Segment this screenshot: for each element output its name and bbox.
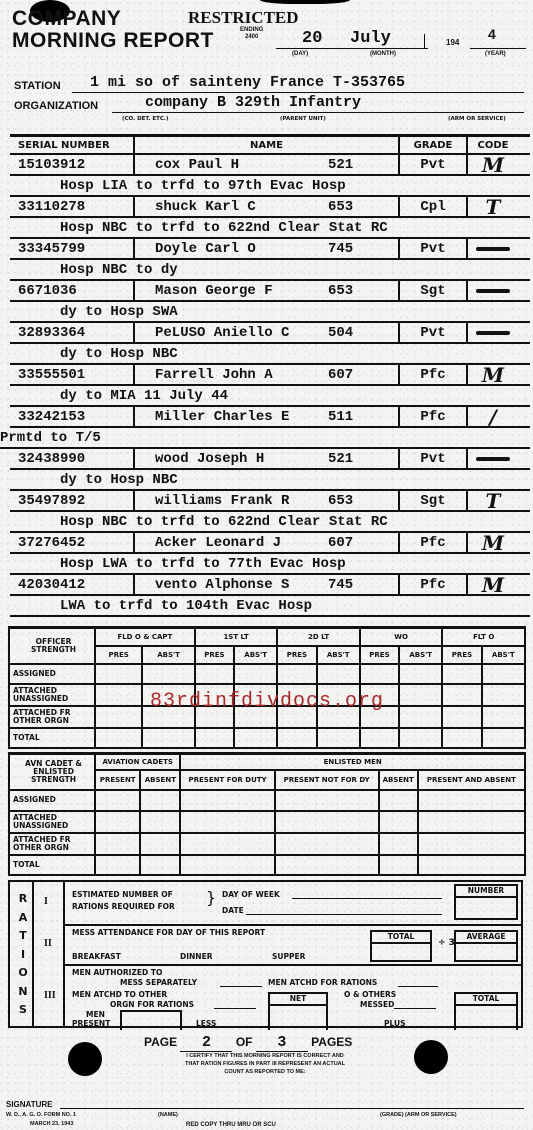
mess-total-box[interactable]: TOTAL <box>370 930 432 962</box>
serial-number: 33110278 <box>10 197 135 216</box>
officer-row-label: ATTACHED FR OTHER ORGN <box>9 706 95 728</box>
officer-row-assigned: ASSIGNED <box>9 664 525 684</box>
remark-row: Prmtd to T/5 <box>0 428 530 449</box>
pages-label: PAGES <box>311 1035 352 1049</box>
others-messed-label-1: O & OTHERS <box>344 990 396 999</box>
officer-count-cell[interactable] <box>95 706 142 728</box>
code-cell: M <box>468 575 518 594</box>
remark-row: Hosp LWA to trfd to 77th Evac Hosp <box>10 554 530 575</box>
code-mark: T <box>486 489 501 513</box>
enlisted-subcol: PRESENT AND ABSENT <box>418 770 525 790</box>
supper-label: SUPPER <box>272 952 305 961</box>
officer-count-cell[interactable] <box>317 664 360 684</box>
officer-count-cell[interactable] <box>360 728 399 748</box>
name-cell: vento Alphonse S745 <box>135 575 400 594</box>
officer-subcol: PRES <box>277 646 316 664</box>
ending-label-1: ENDING <box>240 27 263 34</box>
group-flt-o: FLT O <box>442 628 525 646</box>
officer-count-cell[interactable] <box>234 728 277 748</box>
rations-total-label: TOTAL <box>456 994 516 1006</box>
code-mark: M <box>482 153 504 177</box>
breakfast-label: BREAKFAST <box>72 952 121 961</box>
rations-letter: A <box>16 909 30 928</box>
net-label: NET <box>270 994 326 1006</box>
group-aviation-cadets: AVIATION CADETS <box>95 754 180 770</box>
footer-page-line: PAGE 2 OF 3 PAGES <box>144 1034 352 1052</box>
serial-number: 6671036 <box>10 281 135 300</box>
code-mark: M <box>482 573 504 597</box>
men-present-label-2: PRESENT <box>72 1019 110 1028</box>
caption-arm-service: (ARM OR SERVICE) <box>448 116 506 122</box>
ssn-code: 745 <box>328 577 398 593</box>
remark-row: dy to Hosp SWA <box>10 302 530 323</box>
enlisted-count-cell[interactable] <box>418 811 525 833</box>
classification-label: RESTRICTED <box>188 8 299 28</box>
caption-co: (CO. DET. ETC.) <box>122 116 169 122</box>
certify-line-1: I CERTIFY THAT THIS MORNING REPORT IS CO… <box>130 1052 400 1060</box>
ssn-code: 745 <box>328 241 398 257</box>
men-authorized-label-1: MEN AUTHORIZED TO <box>72 968 162 977</box>
officer-row-label: ASSIGNED <box>9 664 95 684</box>
men-atchd-other-label-1: MEN ATCHD TO OTHER <box>72 990 167 999</box>
code-mark: T <box>486 195 501 219</box>
enlisted-count-cell[interactable] <box>180 855 274 875</box>
officer-count-cell[interactable] <box>482 706 525 728</box>
grade: Pfc <box>400 575 468 594</box>
name-cell: Mason George F653 <box>135 281 400 300</box>
day-of-week-label: DAY OF WEEK <box>222 890 280 899</box>
section-ii: II <box>44 938 52 949</box>
group-enlisted-men: ENLISTED MEN <box>180 754 525 770</box>
enlisted-count-cell[interactable] <box>418 833 525 855</box>
grade-caption: (GRADE) (ARM OR SERVICE) <box>380 1112 457 1118</box>
enlisted-count-cell[interactable] <box>418 855 525 875</box>
group-2d-lt: 2D LT <box>277 628 360 646</box>
enlisted-row-total: TOTAL <box>9 855 525 875</box>
code-mark: M <box>482 531 504 555</box>
dash-mark-icon <box>476 247 510 251</box>
enlisted-subcol: PRESENT NOT FOR DY <box>275 770 379 790</box>
officer-count-cell[interactable] <box>482 664 525 684</box>
soldier-name: wood Joseph H <box>155 451 328 467</box>
remark-row: dy to Hosp NBC <box>10 344 530 365</box>
code-mark: / <box>489 405 496 429</box>
col-serial-number: SERIAL NUMBER <box>10 137 135 153</box>
serial-number: 15103912 <box>10 155 135 174</box>
men-atchd-other-field[interactable] <box>214 1008 256 1009</box>
enlisted-strength-table: AVN CADET & ENLISTED STRENGTH AVIATION C… <box>8 752 526 876</box>
enlisted-count-cell[interactable] <box>275 833 379 855</box>
men-present-label-1: MEN <box>86 1010 105 1019</box>
officer-subcol: ABS'T <box>234 646 277 664</box>
signature-field[interactable] <box>60 1108 524 1109</box>
ending-label: ENDING 2400 <box>240 27 263 41</box>
serial-number: 33242153 <box>10 407 135 426</box>
officer-count-cell[interactable] <box>142 664 194 684</box>
col-grade: GRADE <box>400 137 468 153</box>
date-field[interactable] <box>246 914 442 915</box>
roster-row: 42030412vento Alphonse S745PfcM <box>10 575 530 596</box>
enlisted-count-cell[interactable] <box>95 855 140 875</box>
name-caption: (NAME) <box>158 1112 178 1118</box>
bottom-note: RED COPY THRU MRU OR SCU <box>186 1122 276 1128</box>
title-line-1: COMPANY <box>12 8 214 30</box>
roster-table: SERIAL NUMBER NAME GRADE CODE 15103912co… <box>10 134 530 617</box>
roster-row: 33242153Miller Charles E511Pfc/ <box>10 407 530 428</box>
officer-count-cell[interactable] <box>442 706 481 728</box>
enlisted-count-cell[interactable] <box>275 811 379 833</box>
organization-underline <box>112 112 524 113</box>
of-label: OF <box>236 1035 253 1049</box>
day-caption: (DAY) <box>292 51 308 57</box>
roster-header: SERIAL NUMBER NAME GRADE CODE <box>10 137 530 155</box>
enlisted-count-cell[interactable] <box>180 811 274 833</box>
punch-hole-left <box>68 1042 102 1076</box>
day-of-week-field[interactable] <box>292 898 442 899</box>
code-cell: T <box>468 197 518 216</box>
enlisted-row-label: ATTACHED UNASSIGNED <box>9 811 95 833</box>
dinner-label: DINNER <box>180 952 212 961</box>
watermark: 83rdinfdivdocs.org <box>150 690 384 713</box>
officer-count-cell[interactable] <box>95 664 142 684</box>
page-total: 3 <box>256 1034 308 1052</box>
grade: Sgt <box>400 281 468 300</box>
rations-letter: O <box>16 964 30 983</box>
officer-count-cell[interactable] <box>399 706 442 728</box>
serial-number: 33345799 <box>10 239 135 258</box>
enlisted-count-cell[interactable] <box>379 833 418 855</box>
remark-row: LWA to trfd to 104th Evac Hosp <box>10 596 530 617</box>
station-label: STATION <box>14 80 61 92</box>
serial-number: 32438990 <box>10 449 135 468</box>
roster-row: 35497892williams Frank R653SgtT <box>10 491 530 512</box>
men-atchd-rations-field[interactable] <box>398 986 438 987</box>
officer-count-cell[interactable] <box>195 664 234 684</box>
est-rations-label-2: RATIONS REQUIRED FOR <box>72 902 175 911</box>
grade: Sgt <box>400 491 468 510</box>
title-line-2: MORNING REPORT <box>12 30 214 52</box>
name-cell: Miller Charles E511 <box>135 407 400 426</box>
name-cell: williams Frank R653 <box>135 491 400 510</box>
form-number: W. D., A. G. O. FORM NO. 1 <box>6 1112 76 1118</box>
grade: Pvt <box>400 449 468 468</box>
col-name: NAME <box>135 137 400 153</box>
others-messed-label-2: MESSED <box>360 1000 394 1009</box>
roster-body: 15103912cox Paul H521PvtMHosp LIA to trf… <box>10 155 530 617</box>
officer-row-label: TOTAL <box>9 728 95 748</box>
month-caption: (MONTH) <box>370 51 396 57</box>
officer-subcol: PRES <box>442 646 481 664</box>
roster-row: 33110278shuck Karl C653CplT <box>10 197 530 218</box>
others-messed-field[interactable] <box>394 1008 436 1009</box>
brace-icon: } <box>206 888 216 907</box>
enlisted-count-cell[interactable] <box>140 833 180 855</box>
officer-subcol: PRES <box>360 646 399 664</box>
ending-label-2: 2400 <box>240 34 263 41</box>
code-cell <box>468 239 518 258</box>
enlisted-count-cell[interactable] <box>379 811 418 833</box>
soldier-name: vento Alphonse S <box>155 577 328 593</box>
group-1st-lt: 1ST LT <box>195 628 278 646</box>
ssn-code: 521 <box>328 451 398 467</box>
officer-subcol: ABS'T <box>399 646 442 664</box>
serial-number: 37276452 <box>10 533 135 552</box>
organization-value: company B 329th Infantry <box>145 94 361 111</box>
grade: Pfc <box>400 533 468 552</box>
enlisted-count-cell[interactable] <box>379 790 418 811</box>
officer-count-cell[interactable] <box>95 684 142 706</box>
officer-count-cell[interactable] <box>360 664 399 684</box>
serial-number: 42030412 <box>10 575 135 594</box>
name-cell: Farrell John A607 <box>135 365 400 384</box>
rations-divider-2 <box>63 882 65 1026</box>
year-underline <box>470 48 526 49</box>
page-number: 2 <box>180 1034 232 1052</box>
officer-count-cell[interactable] <box>317 728 360 748</box>
enlisted-count-cell[interactable] <box>95 833 140 855</box>
organization-label: ORGANIZATION <box>14 100 98 112</box>
enlisted-strength-title: AVN CADET & ENLISTED STRENGTH <box>9 754 95 790</box>
enlisted-count-cell[interactable] <box>275 790 379 811</box>
rations-letter: R <box>16 890 30 909</box>
enlisted-count-cell[interactable] <box>180 833 274 855</box>
ssn-code: 607 <box>328 535 398 551</box>
number-box[interactable]: NUMBER <box>454 884 518 920</box>
officer-count-cell[interactable] <box>482 728 525 748</box>
enlisted-row-attached-other: ATTACHED FR OTHER ORGN <box>9 833 525 855</box>
name-cell: shuck Karl C653 <box>135 197 400 216</box>
rations-letter: T <box>16 927 30 946</box>
ssn-code: 653 <box>328 199 398 215</box>
certification-text: I CERTIFY THAT THIS MORNING REPORT IS CO… <box>130 1052 400 1076</box>
remark-row: dy to Hosp NBC <box>10 470 530 491</box>
officer-count-cell[interactable] <box>442 664 481 684</box>
average-label: AVERAGE <box>456 932 516 944</box>
remark-row: Hosp LIA to trfd to 97th Evac Hosp <box>10 176 530 197</box>
plus-label: PLUS <box>384 1019 406 1028</box>
code-cell <box>468 281 518 300</box>
form-date: MARCH 23, 1943 <box>30 1121 73 1127</box>
officer-subcol: ABS'T <box>142 646 194 664</box>
men-present-box[interactable] <box>120 1010 182 1030</box>
enlisted-subcol: ABSENT <box>379 770 418 790</box>
divide-by-three: ÷ 3 <box>438 938 455 948</box>
code-cell <box>468 449 518 468</box>
roster-row: 15103912cox Paul H521PvtM <box>10 155 530 176</box>
roster-row: 37276452Acker Leonard J607PfcM <box>10 533 530 554</box>
certify-line-2: THAT RATION FIGURES IN PART III REPRESEN… <box>130 1060 400 1068</box>
name-cell: PeLUSO Aniello C504 <box>135 323 400 342</box>
report-month: July <box>350 29 391 48</box>
enlisted-count-cell[interactable] <box>140 790 180 811</box>
officer-count-cell[interactable] <box>399 684 442 706</box>
ssn-code: 521 <box>328 157 398 173</box>
enlisted-row-assigned: ASSIGNED <box>9 790 525 811</box>
officer-strength-title: OFFICER STRENGTH <box>9 628 95 664</box>
officer-count-cell[interactable] <box>195 728 234 748</box>
soldier-name: Acker Leonard J <box>155 535 328 551</box>
remark-row: Hosp NBC to trfd to 622nd Clear Stat RC <box>10 512 530 533</box>
ssn-code: 511 <box>328 409 398 425</box>
roster-row: 32893364PeLUSO Aniello C504Pvt <box>10 323 530 344</box>
men-atchd-other-label-2: ORGN FOR RATIONS <box>110 1000 194 1009</box>
less-label: LESS <box>196 1019 216 1028</box>
soldier-name: shuck Karl C <box>155 199 328 215</box>
enlisted-row-attached-unassigned: ATTACHED UNASSIGNED <box>9 811 525 833</box>
average-box[interactable]: AVERAGE <box>454 930 518 962</box>
year-caption: (YEAR) <box>485 51 506 57</box>
date-label: DATE <box>222 906 244 915</box>
ssn-code: 607 <box>328 367 398 383</box>
grade: Pvt <box>400 323 468 342</box>
form-title: COMPANY MORNING REPORT <box>12 8 214 52</box>
enlisted-count-cell[interactable] <box>418 790 525 811</box>
name-cell: Doyle Carl O745 <box>135 239 400 258</box>
enlisted-count-cell[interactable] <box>275 855 379 875</box>
officer-subcol: ABS'T <box>482 646 525 664</box>
rations-total-box[interactable]: TOTAL <box>454 992 518 1030</box>
year-prefix: 194 <box>446 38 459 47</box>
serial-number: 32893364 <box>10 323 135 342</box>
serial-number: 35497892 <box>10 491 135 510</box>
remark-row: Hosp NBC to dy <box>10 260 530 281</box>
roster-row: 33345799Doyle Carl O745Pvt <box>10 239 530 260</box>
remark-row: dy to MIA 11 July 44 <box>10 386 530 407</box>
rations-side-label: RATIONS <box>16 890 30 1020</box>
section-iii: III <box>44 990 56 1001</box>
officer-count-cell[interactable] <box>482 684 525 706</box>
officer-row-label: ATTACHED UNASSIGNED <box>9 684 95 706</box>
grade: Pvt <box>400 239 468 258</box>
ssn-code: 504 <box>328 325 398 341</box>
enlisted-subcol: PRESENT <box>95 770 140 790</box>
station-value: 1 mi so of sainteny France T-353765 <box>90 74 405 91</box>
year-digit: 4 <box>488 26 496 42</box>
code-cell: T <box>468 491 518 510</box>
enlisted-row-label: ATTACHED FR OTHER ORGN <box>9 833 95 855</box>
soldier-name: Miller Charles E <box>155 409 328 425</box>
enlisted-subcol: PRESENT FOR DUTY <box>180 770 274 790</box>
officer-count-cell[interactable] <box>442 684 481 706</box>
section-i: I <box>44 896 48 907</box>
officer-count-cell[interactable] <box>277 728 316 748</box>
ink-smudge <box>260 0 350 4</box>
officer-row-total: TOTAL <box>9 728 525 748</box>
officer-strength-table: OFFICER STRENGTH FLD O & CAPT 1ST LT 2D … <box>8 626 526 749</box>
dash-mark-icon <box>476 457 510 461</box>
rations-sep-2 <box>65 964 521 966</box>
serial-number: 33555501 <box>10 365 135 384</box>
number-label: NUMBER <box>456 886 516 898</box>
dash-mark-icon <box>476 289 510 293</box>
group-fld-capt: FLD O & CAPT <box>95 628 195 646</box>
caption-parent-unit: (PARENT UNIT) <box>280 116 326 122</box>
group-wo: WO <box>360 628 443 646</box>
enlisted-row-label: TOTAL <box>9 855 95 875</box>
grade: Cpl <box>400 197 468 216</box>
enlisted-count-cell[interactable] <box>140 811 180 833</box>
code-cell <box>468 323 518 342</box>
mess-total-label: TOTAL <box>372 932 430 944</box>
name-cell: wood Joseph H521 <box>135 449 400 468</box>
name-cell: cox Paul H521 <box>135 155 400 174</box>
rations-divider-1 <box>32 882 34 1026</box>
officer-count-cell[interactable] <box>142 728 194 748</box>
roster-row: 6671036Mason George F653Sgt <box>10 281 530 302</box>
men-atchd-rations-label: MEN ATCHD FOR RATIONS <box>268 978 377 987</box>
enlisted-count-cell[interactable] <box>379 855 418 875</box>
rations-letter: S <box>16 1001 30 1020</box>
grade: Pvt <box>400 155 468 174</box>
enlisted-count-cell[interactable] <box>180 790 274 811</box>
date-divider <box>424 34 425 48</box>
officer-count-cell[interactable] <box>277 664 316 684</box>
col-code: CODE <box>468 137 518 153</box>
enlisted-count-cell[interactable] <box>95 790 140 811</box>
roster-row: 32438990wood Joseph H521Pvt <box>10 449 530 470</box>
date-underline <box>276 48 428 49</box>
rations-section: RATIONS I II III ESTIMATED NUMBER OF RAT… <box>8 880 523 1028</box>
enlisted-row-label: ASSIGNED <box>9 790 95 811</box>
officer-count-cell[interactable] <box>442 728 481 748</box>
page-label: PAGE <box>144 1035 177 1049</box>
officer-subcol: PRES <box>95 646 142 664</box>
officer-subcol: PRES <box>195 646 234 664</box>
soldier-name: cox Paul H <box>155 157 328 173</box>
soldier-name: Mason George F <box>155 283 328 299</box>
code-mark: M <box>482 363 504 387</box>
est-rations-label-1: ESTIMATED NUMBER OF <box>72 890 173 899</box>
ssn-code: 653 <box>328 283 398 299</box>
grade: Pfc <box>400 365 468 384</box>
soldier-name: williams Frank R <box>155 493 328 509</box>
officer-count-cell[interactable] <box>95 728 142 748</box>
code-cell: M <box>468 365 518 384</box>
station-underline <box>72 92 524 93</box>
soldier-name: Farrell John A <box>155 367 328 383</box>
ssn-code: 653 <box>328 493 398 509</box>
report-day: 20 <box>302 29 322 48</box>
officer-count-cell[interactable] <box>234 664 277 684</box>
rations-letter: N <box>16 983 30 1002</box>
officer-subcol: ABS'T <box>317 646 360 664</box>
dash-mark-icon <box>476 331 510 335</box>
name-cell: Acker Leonard J607 <box>135 533 400 552</box>
men-authorized-label-2: MESS SEPARATELY <box>120 978 197 987</box>
soldier-name: Doyle Carl O <box>155 241 328 257</box>
certify-line-3: COUNT AS REPORTED TO ME: <box>130 1068 400 1076</box>
signature-label: SIGNATURE <box>6 1100 53 1109</box>
officer-count-cell[interactable] <box>399 728 442 748</box>
code-cell: / <box>468 407 518 426</box>
rations-letter: I <box>16 946 30 965</box>
code-cell: M <box>468 533 518 552</box>
net-box[interactable]: NET <box>268 992 328 1030</box>
grade: Pfc <box>400 407 468 426</box>
enlisted-count-cell[interactable] <box>95 811 140 833</box>
soldier-name: PeLUSO Aniello C <box>155 325 328 341</box>
officer-count-cell[interactable] <box>399 664 442 684</box>
roster-row: 33555501Farrell John A607PfcM <box>10 365 530 386</box>
rations-sep-1 <box>65 924 521 926</box>
code-cell: M <box>468 155 518 174</box>
enlisted-count-cell[interactable] <box>140 855 180 875</box>
enlisted-subcol: ABSENT <box>140 770 180 790</box>
mess-attendance-label: MESS ATTENDANCE FOR DAY OF THIS REPORT <box>72 928 265 937</box>
men-authorized-field[interactable] <box>220 986 262 987</box>
punch-hole-right <box>414 1040 448 1074</box>
remark-row: Hosp NBC to trfd to 622nd Clear Stat RC <box>10 218 530 239</box>
